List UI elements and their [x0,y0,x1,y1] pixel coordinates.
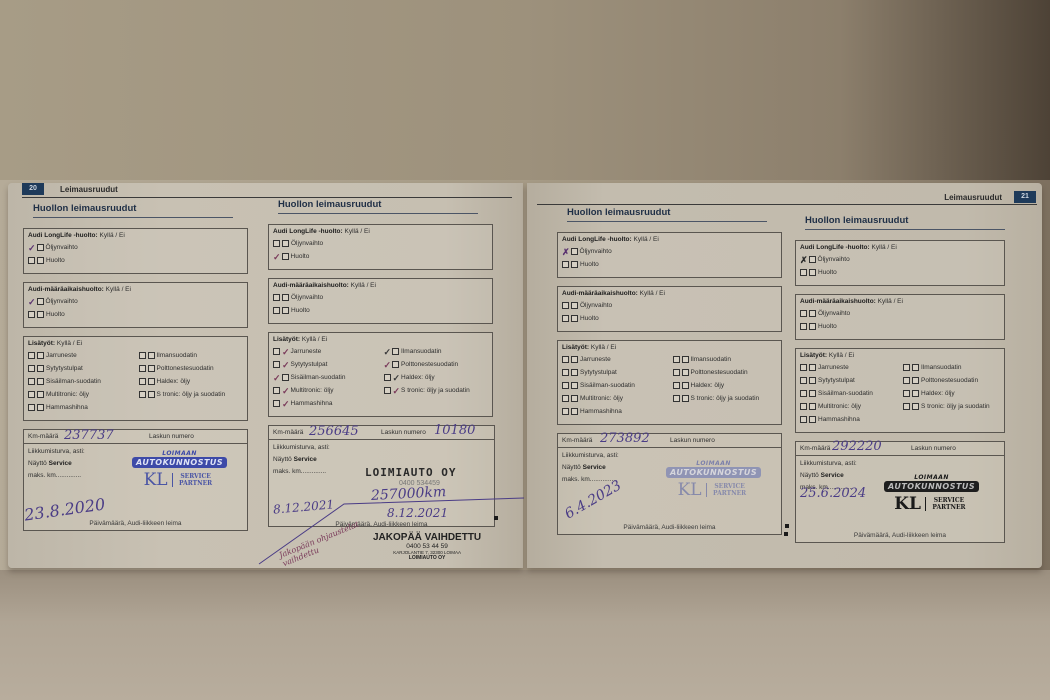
km-row: Km-määrä 256645 Laskun numero 10180 [269,426,494,440]
mobility-label: Liikkumisturva, asti: [28,448,85,455]
invoice-label: Laskun numero [381,429,426,436]
checkmark-icon: ✓ [28,245,36,251]
square-marker [494,516,498,520]
footer-label: Päivämäärä, Audi-liikkeen leima [796,532,1004,539]
checkbox-extra[interactable]: Multitronic: öljy [562,395,667,402]
checkbox-extra[interactable]: Polttonestesuodatin [903,377,1000,384]
checkbox-extra[interactable]: ✓Jarruneste [273,348,378,355]
checkbox-extra[interactable]: Ilmansuodatin [673,356,778,363]
square-marker [785,524,789,528]
stamp-box: Km-määrä 273892 Laskun numero Liikkumist… [557,433,782,535]
checkbox-extra[interactable]: Sytytystulpat [28,365,133,372]
invoice-label: Laskun numero [149,433,194,440]
footer-label: Päivämäärä, Audi-liikkeen leima [269,521,494,528]
checkbox-service[interactable]: ✓Huolto [273,253,488,260]
service-stamp: LOIMAAN AUTOKUNNOSTUS KL SERVICE PARTNER [132,450,227,490]
km-value: 237737 [64,428,114,443]
checkbox-extra[interactable]: Jarruneste [562,356,667,363]
checkbox-extra[interactable]: Hammashihna [562,408,667,415]
checkbox-extra[interactable]: ✓Sisäilman-suodatin [273,374,378,381]
header-rule [22,197,512,198]
page-number-tab: 20 [22,183,44,195]
checkmark-icon: ✓ [282,349,290,355]
checkbox-extra[interactable]: ✓S tronic: öljy ja suodatin [384,387,489,394]
checkbox-extra[interactable]: Polttonestesuodatin [139,365,244,372]
checkbox-service[interactable]: Huolto [273,307,488,314]
checkbox-extra[interactable]: Haldex: öljy [903,390,1000,397]
checkbox-extra[interactable]: Polttonestesuodatin [673,369,778,376]
section-title: Huollon leimausruudut [278,199,478,214]
section-title: Huollon leimausruudut [567,207,767,222]
section-title: Huollon leimausruudut [33,203,233,218]
checkbox-extra[interactable]: ✓Polttonestesuodatin [384,361,489,368]
longlife-title: Audi LongLife -huolto: Kyllä / Ei [28,232,243,239]
checkbox-oil-change[interactable]: Öljynvaihto [562,302,777,309]
checkmark-icon: ✓ [393,375,401,381]
checkbox-extra[interactable]: S tronic: öljy ja suodatin [903,403,1000,410]
checkbox-extra[interactable]: Jarruneste [28,352,133,359]
checkbox-extra[interactable]: Haldex: öljy [673,382,778,389]
checkbox-oil-change[interactable]: ✓Öljynvaihto [28,244,243,251]
extras-title: Lisätyöt: Kyllä / Ei [28,340,243,347]
display-label: Näyttö Service [800,472,844,479]
extras-box: Lisätyöt: Kyllä / Ei ✓Jarruneste ✓Ilmans… [268,332,493,417]
extras-box: Lisätyöt: Kyllä / Ei Jarruneste Ilmansuo… [23,336,248,421]
checkbox-extra[interactable]: ✓Haldex: öljy [384,374,489,381]
extras-title: Lisätyöt: Kyllä / Ei [273,336,488,343]
checkbox-service[interactable]: Huolto [800,323,1000,330]
checkmark-icon: ✓ [384,362,392,368]
max-km-label: maks. km.............. [28,472,81,479]
service-entry-4: Huollon leimausruudut Audi LongLife -huo… [795,215,1005,543]
service-date: 6.4.2023 [562,477,624,522]
fixed-service-title: Audi-määräaikaishuolto: Kyllä / Ei [800,298,1000,305]
annotation-date: 8.12.2021 [387,506,448,520]
checkbox-extra[interactable]: ✓Hammashihna [273,400,378,407]
service-entry-3: Huollon leimausruudut Audi LongLife -huo… [557,207,782,535]
checkbox-oil-change[interactable]: ✓Öljynvaihto [28,298,243,305]
checkbox-oil-change[interactable]: ✗Öljynvaihto [562,248,777,255]
checkbox-service[interactable]: Huolto [28,257,243,264]
left-page: 20 Leimausruudut Huollon leimausruudut A… [8,183,523,568]
timing-belt-stamp: JAKOPÄÄ VAIHDETTU 0400 53 44 59 KARJOLAN… [373,532,481,561]
checkbox-service[interactable]: Huolto [562,261,777,268]
stamp-box: Km-määrä 256645 Laskun numero 10180 Liik… [268,425,495,527]
right-page: 21 Leimausruudut Huollon leimausruudut A… [527,183,1042,568]
checkbox-extra[interactable]: Sisäilman-suodatin [562,382,667,389]
fixed-service-title: Audi-määräaikaishuolto: Kyllä / Ei [562,290,777,297]
checkbox-extra[interactable]: S tronic: öljy ja suodatin [673,395,778,402]
checkbox-extra[interactable]: Multitronic: öljy [28,391,133,398]
checkbox-extra[interactable]: Sytytystulpat [562,369,667,376]
mobility-label: Liikkumisturva, asti: [562,452,619,459]
fixed-service-title: Audi-määräaikaishuolto: Kyllä / Ei [28,286,243,293]
checkbox-oil-change[interactable]: ✗Öljynvaihto [800,256,1000,263]
km-value: 273892 [600,431,650,446]
km-row: Km-määrä 273892 Laskun numero [558,434,781,448]
km-value: 292220 [832,439,882,454]
km-row: Km-määrä 292220 Laskun numero [796,442,1004,456]
km-label: Km-määrä [800,445,830,452]
checkbox-extra[interactable]: Sisäilman-suodatin [28,378,133,385]
service-stamp: LOIMAAN AUTOKUNNOSTUS KL SERVICE PARTNER [666,460,761,500]
stamp-box: Km-määrä 292220 Laskun numero Liikkumist… [795,441,1005,543]
extras-title: Lisätyöt: Kyllä / Ei [800,352,1000,359]
longlife-box: Audi LongLife -huolto: Kyllä / Ei ✗Öljyn… [557,232,782,278]
table-surface [0,570,1050,700]
checkbox-extra[interactable]: ✓Sytytystulpat [273,361,378,368]
longlife-title: Audi LongLife -huolto: Kyllä / Ei [800,244,1000,251]
longlife-box: Audi LongLife -huolto: Kyllä / Ei Öljynv… [268,224,493,270]
page-number-tab: 21 [1014,191,1036,203]
fixed-service-box: Audi-määräaikaishuolto: Kyllä / Ei Öljyn… [795,294,1005,340]
checkbox-extra[interactable]: Sytytystulpat [800,377,897,384]
display-label: Näyttö Service [562,464,606,471]
service-date: 25.6.2024 [800,486,866,501]
checkbox-service[interactable]: Huolto [562,315,777,322]
checkbox-extra[interactable]: S tronic: öljy ja suodatin [139,391,244,398]
page-header: Leimausruudut [944,193,1002,202]
stamp-box: Km-määrä 237737 Laskun numero Liikkumist… [23,429,248,531]
longlife-title: Audi LongLife -huolto: Kyllä / Ei [562,236,777,243]
checkmark-icon: ✓ [282,401,290,407]
display-label: Näyttö Service [28,460,72,467]
checkbox-oil-change[interactable]: Öljynvaihto [273,294,488,301]
km-label: Km-määrä [28,433,58,440]
checkmark-icon: ✓ [28,299,36,305]
checkmark-icon: ✓ [384,349,392,355]
checkbox-oil-change[interactable]: Öljynvaihto [273,240,488,247]
service-entry-1: Huollon leimausruudut Audi LongLife -huo… [23,203,248,531]
checkmark-icon: ✓ [273,375,281,381]
extras-box: Lisätyöt: Kyllä / Ei Jarruneste Ilmansuo… [557,340,782,425]
footer-label: Päivämäärä, Audi-liikkeen leima [558,524,781,531]
checkmark-icon: ✓ [273,254,281,260]
service-stamp: LOIMAAN AUTOKUNNOSTUS KL SERVICE PARTNER [884,474,979,514]
max-km-label: maks. km.............. [273,468,326,475]
mobility-label: Liikkumisturva, asti: [273,444,330,451]
checkbox-extra[interactable]: ✓Ilmansuodatin [384,348,489,355]
fixed-service-box: Audi-määräaikaishuolto: Kyllä / Ei ✓Öljy… [23,282,248,328]
fixed-service-box: Audi-määräaikaishuolto: Kyllä / Ei Öljyn… [268,278,493,324]
checkbox-service[interactable]: Huolto [28,311,243,318]
invoice-label: Laskun numero [911,445,956,452]
wall-background [0,0,1050,180]
checkmark-icon: ✓ [282,362,290,368]
checkbox-extra[interactable]: ✓Multitronic: öljy [273,387,378,394]
km-row: Km-määrä 237737 Laskun numero [24,430,247,444]
checkmark-icon: ✗ [562,249,570,255]
checkbox-extra[interactable]: Hammashihna [800,416,897,423]
invoice-label: Laskun numero [670,437,715,444]
service-entry-2: Huollon leimausruudut Audi LongLife -huo… [268,199,493,527]
invoice-value: 10180 [434,423,475,438]
checkbox-extra[interactable]: Sisäilman-suodatin [800,390,897,397]
page-header: Leimausruudut [60,185,118,194]
section-title: Huollon leimausruudut [805,215,1005,230]
header-rule [537,204,1037,205]
mobility-label: Liikkumisturva, asti: [800,460,857,467]
display-label: Näyttö Service [273,456,317,463]
checkmark-icon: ✓ [393,388,401,394]
longlife-title: Audi LongLife -huolto: Kyllä / Ei [273,228,488,235]
square-marker [784,532,788,536]
checkbox-service[interactable]: Huolto [800,269,1000,276]
checkbox-extra[interactable]: Multitronic: öljy [800,403,897,410]
fixed-service-box: Audi-määräaikaishuolto: Kyllä / Ei Öljyn… [557,286,782,332]
extras-title: Lisätyöt: Kyllä / Ei [562,344,777,351]
checkbox-extra[interactable]: Ilmansuodatin [139,352,244,359]
km-label: Km-määrä [562,437,592,444]
checkmark-icon: ✓ [282,388,290,394]
footer-label: Päivämäärä, Audi-liikkeen leima [24,520,247,527]
longlife-box: Audi LongLife -huolto: Kyllä / Ei ✗Öljyn… [795,240,1005,286]
km-label: Km-määrä [273,429,303,436]
checkbox-extra[interactable]: Jarruneste [800,364,897,371]
checkbox-extra[interactable]: Hammashihna [28,404,133,411]
checkbox-extra[interactable]: Haldex: öljy [139,378,244,385]
checkmark-icon: ✗ [800,257,808,263]
extras-box: Lisätyöt: Kyllä / Ei Jarruneste Ilmansuo… [795,348,1005,433]
checkbox-oil-change[interactable]: Öljynvaihto [800,310,1000,317]
checkbox-extra[interactable]: Ilmansuodatin [903,364,1000,371]
km-value: 256645 [309,424,359,439]
longlife-box: Audi LongLife -huolto: Kyllä / Ei ✓Öljyn… [23,228,248,274]
fixed-service-title: Audi-määräaikaishuolto: Kyllä / Ei [273,282,488,289]
dealer-stamp: LOIMIAUTO OY [365,466,456,479]
